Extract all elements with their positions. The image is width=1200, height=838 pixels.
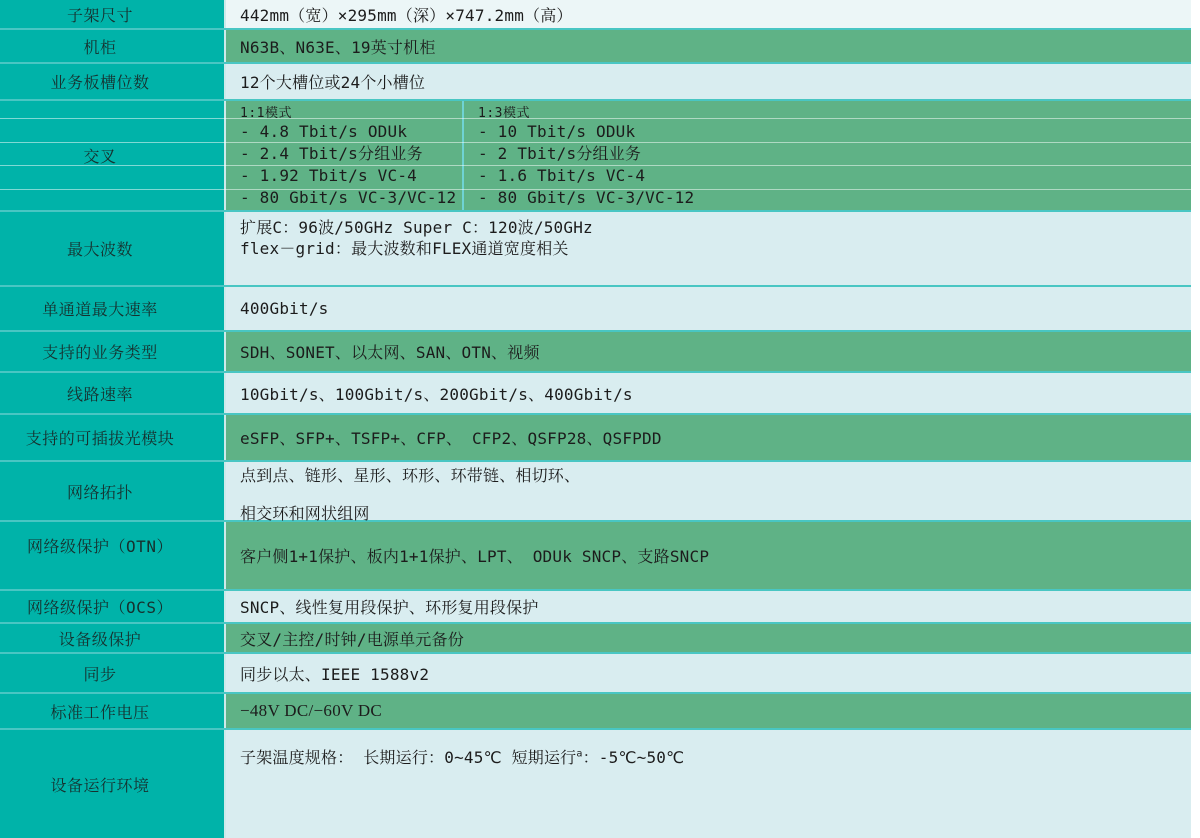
cross-mode-item: - 1.92 Tbit/s VC-4 bbox=[240, 165, 462, 187]
cross-mode-item: - 80 Gbit/s VC-3/VC-12 bbox=[240, 187, 462, 209]
spec-label: 交叉 bbox=[0, 101, 224, 210]
spec-label-text: 网络级保护（OTN） bbox=[27, 534, 173, 557]
cross-mode-item: - 2.4 Tbit/s分组业务 bbox=[240, 143, 462, 165]
spec-value-text: 442mm（宽）×295mm（深）×747.2mm（高） bbox=[240, 3, 573, 26]
cross-mode-item: - 2 Tbit/s分组业务 bbox=[478, 143, 1191, 165]
table-row-working-voltage: 标准工作电压 −48V DC/−60V DC bbox=[0, 694, 1191, 730]
spec-value: 扩展C：96波/50GHz Super C：120波/50GHz flex－gr… bbox=[224, 212, 1191, 285]
spec-value: 12个大槽位或24个小槽位 bbox=[224, 64, 1191, 99]
spec-value-text: 10Gbit/s、100Gbit/s、200Gbit/s、400Gbit/s bbox=[240, 382, 633, 405]
spec-table-page: 子架尺寸 442mm（宽）×295mm（深）×747.2mm（高） 机柜 N63… bbox=[0, 0, 1200, 838]
spec-label-text: 交叉 bbox=[83, 144, 116, 167]
cross-mode-1-3-column: 1:3模式 - 10 Tbit/s ODUk - 2 Tbit/s分组业务 - … bbox=[464, 101, 1191, 210]
spec-value-text: eSFP、SFP+、TSFP+、CFP、 CFP2、QSFP28、QSFPDD bbox=[240, 426, 662, 449]
table-row-cabinet: 机柜 N63B、N63E、19英寸机柜 bbox=[0, 30, 1191, 64]
spec-value: 交叉/主控/时钟/电源单元备份 bbox=[224, 624, 1191, 652]
temperature-spec-text-suffix: ：-5℃~50℃ bbox=[583, 748, 685, 767]
cross-mode-title: 1:3模式 bbox=[478, 106, 1191, 121]
spec-label: 最大波数 bbox=[0, 212, 224, 285]
cross-mode-item: - 80 Gbit/s VC-3/VC-12 bbox=[478, 187, 1191, 209]
table-row-shelf-dimensions: 子架尺寸 442mm（宽）×295mm（深）×747.2mm（高） bbox=[0, 0, 1191, 30]
spec-value: 点到点、链形、星形、环形、环带链、相切环、 相交环和网状组网 bbox=[224, 462, 1191, 520]
spec-value-line: 扩展C：96波/50GHz Super C：120波/50GHz bbox=[240, 217, 593, 238]
cross-mode-1-1-column: 1:1模式 - 4.8 Tbit/s ODUk - 2.4 Tbit/s分组业务… bbox=[226, 101, 464, 210]
table-row-cross-connect: 交叉 1:1模式 - 4.8 Tbit/s ODUk - 2.4 Tbit/s分… bbox=[0, 101, 1191, 212]
spec-value-text: −48V DC/−60V DC bbox=[240, 701, 382, 721]
table-row-network-topology: 网络拓扑 点到点、链形、星形、环形、环带链、相切环、 相交环和网状组网 bbox=[0, 462, 1191, 522]
spec-value: eSFP、SFP+、TSFP+、CFP、 CFP2、QSFP28、QSFPDD bbox=[224, 415, 1191, 460]
spec-label: 单通道最大速率 bbox=[0, 287, 224, 330]
spec-label-text: 网络级保护（OCS） bbox=[27, 595, 173, 618]
table-row-service-slots: 业务板槽位数 12个大槽位或24个小槽位 bbox=[0, 64, 1191, 101]
spec-value: 同步以太、IEEE 1588v2 bbox=[224, 654, 1191, 692]
spec-value: 442mm（宽）×295mm（深）×747.2mm（高） bbox=[224, 0, 1191, 28]
spec-label-text: 设备级保护 bbox=[59, 627, 142, 650]
cross-mode-item: - 10 Tbit/s ODUk bbox=[478, 121, 1191, 143]
spec-label-text: 标准工作电压 bbox=[50, 700, 149, 723]
spec-value: 1:1模式 - 4.8 Tbit/s ODUk - 2.4 Tbit/s分组业务… bbox=[224, 101, 1191, 210]
cross-mode-item: - 4.8 Tbit/s ODUk bbox=[240, 121, 462, 143]
spec-label-text: 支持的业务类型 bbox=[42, 340, 158, 363]
spec-value: N63B、N63E、19英寸机柜 bbox=[224, 30, 1191, 62]
spec-label-text: 最大波数 bbox=[67, 237, 133, 260]
table-row-operating-environment: 设备运行环境 子架温度规格： 长期运行：0~45℃ 短期运行a：-5℃~50℃ bbox=[0, 730, 1191, 838]
spec-value-line: flex－grid：最大波数和FLEX通道宽度相关 bbox=[240, 238, 569, 259]
spec-value: SNCP、线性复用段保护、环形复用段保护 bbox=[224, 591, 1191, 622]
spec-label-text: 业务板槽位数 bbox=[50, 70, 149, 93]
spec-value-text: 400Gbit/s bbox=[240, 299, 329, 318]
spec-label: 同步 bbox=[0, 654, 224, 692]
spec-value-text: SNCP、线性复用段保护、环形复用段保护 bbox=[240, 595, 539, 618]
spec-label: 网络拓扑 bbox=[0, 462, 224, 520]
spec-value-text: 交叉/主控/时钟/电源单元备份 bbox=[240, 627, 464, 650]
spec-value: 10Gbit/s、100Gbit/s、200Gbit/s、400Gbit/s bbox=[224, 373, 1191, 413]
spec-label: 设备运行环境 bbox=[0, 730, 224, 838]
spec-label-text: 单通道最大速率 bbox=[42, 297, 158, 320]
spec-label: 网络级保护（OCS） bbox=[0, 591, 224, 622]
table-row-max-wavelengths: 最大波数 扩展C：96波/50GHz Super C：120波/50GHz fl… bbox=[0, 212, 1191, 287]
spec-label: 设备级保护 bbox=[0, 624, 224, 652]
spec-label: 业务板槽位数 bbox=[0, 64, 224, 99]
table-row-equipment-protection: 设备级保护 交叉/主控/时钟/电源单元备份 bbox=[0, 624, 1191, 654]
table-row-network-protection-otn: 网络级保护（OTN） 客户侧1+1保护、板内1+1保护、LPT、 ODUk SN… bbox=[0, 522, 1191, 591]
spec-value: 客户侧1+1保护、板内1+1保护、LPT、 ODUk SNCP、支路SNCP bbox=[224, 522, 1191, 589]
spec-label-text: 同步 bbox=[83, 662, 116, 685]
spec-label: 线路速率 bbox=[0, 373, 224, 413]
table-row-max-channel-rate: 单通道最大速率 400Gbit/s bbox=[0, 287, 1191, 332]
spec-label-text: 线路速率 bbox=[67, 382, 133, 405]
spec-label: 子架尺寸 bbox=[0, 0, 224, 28]
spec-value: SDH、SONET、以太网、SAN、OTN、视频 bbox=[224, 332, 1191, 371]
spec-value: 400Gbit/s bbox=[224, 287, 1191, 330]
spec-value-text: 子架温度规格： 长期运行：0~45℃ 短期运行a：-5℃~50℃ bbox=[240, 745, 684, 768]
spec-value-line: 相交环和网状组网 bbox=[240, 503, 370, 524]
spec-label-text: 网络拓扑 bbox=[67, 480, 133, 503]
spec-label-text: 支持的可插拔光模块 bbox=[26, 426, 175, 449]
spec-label: 网络级保护（OTN） bbox=[0, 522, 224, 589]
spec-label-text: 机柜 bbox=[83, 35, 116, 58]
spec-label: 支持的业务类型 bbox=[0, 332, 224, 371]
spec-label: 支持的可插拔光模块 bbox=[0, 415, 224, 460]
spec-label-text: 设备运行环境 bbox=[50, 773, 149, 796]
table-row-network-protection-ocs: 网络级保护（OCS） SNCP、线性复用段保护、环形复用段保护 bbox=[0, 591, 1191, 624]
spec-value-text: 12个大槽位或24个小槽位 bbox=[240, 70, 425, 93]
spec-value: 子架温度规格： 长期运行：0~45℃ 短期运行a：-5℃~50℃ bbox=[224, 730, 1191, 838]
spec-value-text: N63B、N63E、19英寸机柜 bbox=[240, 35, 436, 58]
table-row-synchronization: 同步 同步以太、IEEE 1588v2 bbox=[0, 654, 1191, 694]
spec-label: 标准工作电压 bbox=[0, 694, 224, 728]
cross-mode-title: 1:1模式 bbox=[240, 106, 462, 121]
temperature-spec-text: 子架温度规格： 长期运行：0~45℃ 短期运行 bbox=[240, 748, 576, 767]
spec-value-text: 同步以太、IEEE 1588v2 bbox=[240, 662, 429, 685]
table-row-line-rate: 线路速率 10Gbit/s、100Gbit/s、200Gbit/s、400Gbi… bbox=[0, 373, 1191, 415]
spec-value-text: SDH、SONET、以太网、SAN、OTN、视频 bbox=[240, 340, 540, 363]
table-row-service-types: 支持的业务类型 SDH、SONET、以太网、SAN、OTN、视频 bbox=[0, 332, 1191, 373]
spec-label: 机柜 bbox=[0, 30, 224, 62]
spec-value: −48V DC/−60V DC bbox=[224, 694, 1191, 728]
table-row-pluggable-optical-modules: 支持的可插拔光模块 eSFP、SFP+、TSFP+、CFP、 CFP2、QSFP… bbox=[0, 415, 1191, 462]
shelf-spec-table: 子架尺寸 442mm（宽）×295mm（深）×747.2mm（高） 机柜 N63… bbox=[0, 0, 1191, 838]
spec-value-text: 客户侧1+1保护、板内1+1保护、LPT、 ODUk SNCP、支路SNCP bbox=[240, 544, 709, 567]
cross-mode-item: - 1.6 Tbit/s VC-4 bbox=[478, 165, 1191, 187]
spec-value-line: 点到点、链形、星形、环形、环带链、相切环、 bbox=[240, 465, 580, 486]
spec-label-text: 子架尺寸 bbox=[67, 3, 133, 26]
